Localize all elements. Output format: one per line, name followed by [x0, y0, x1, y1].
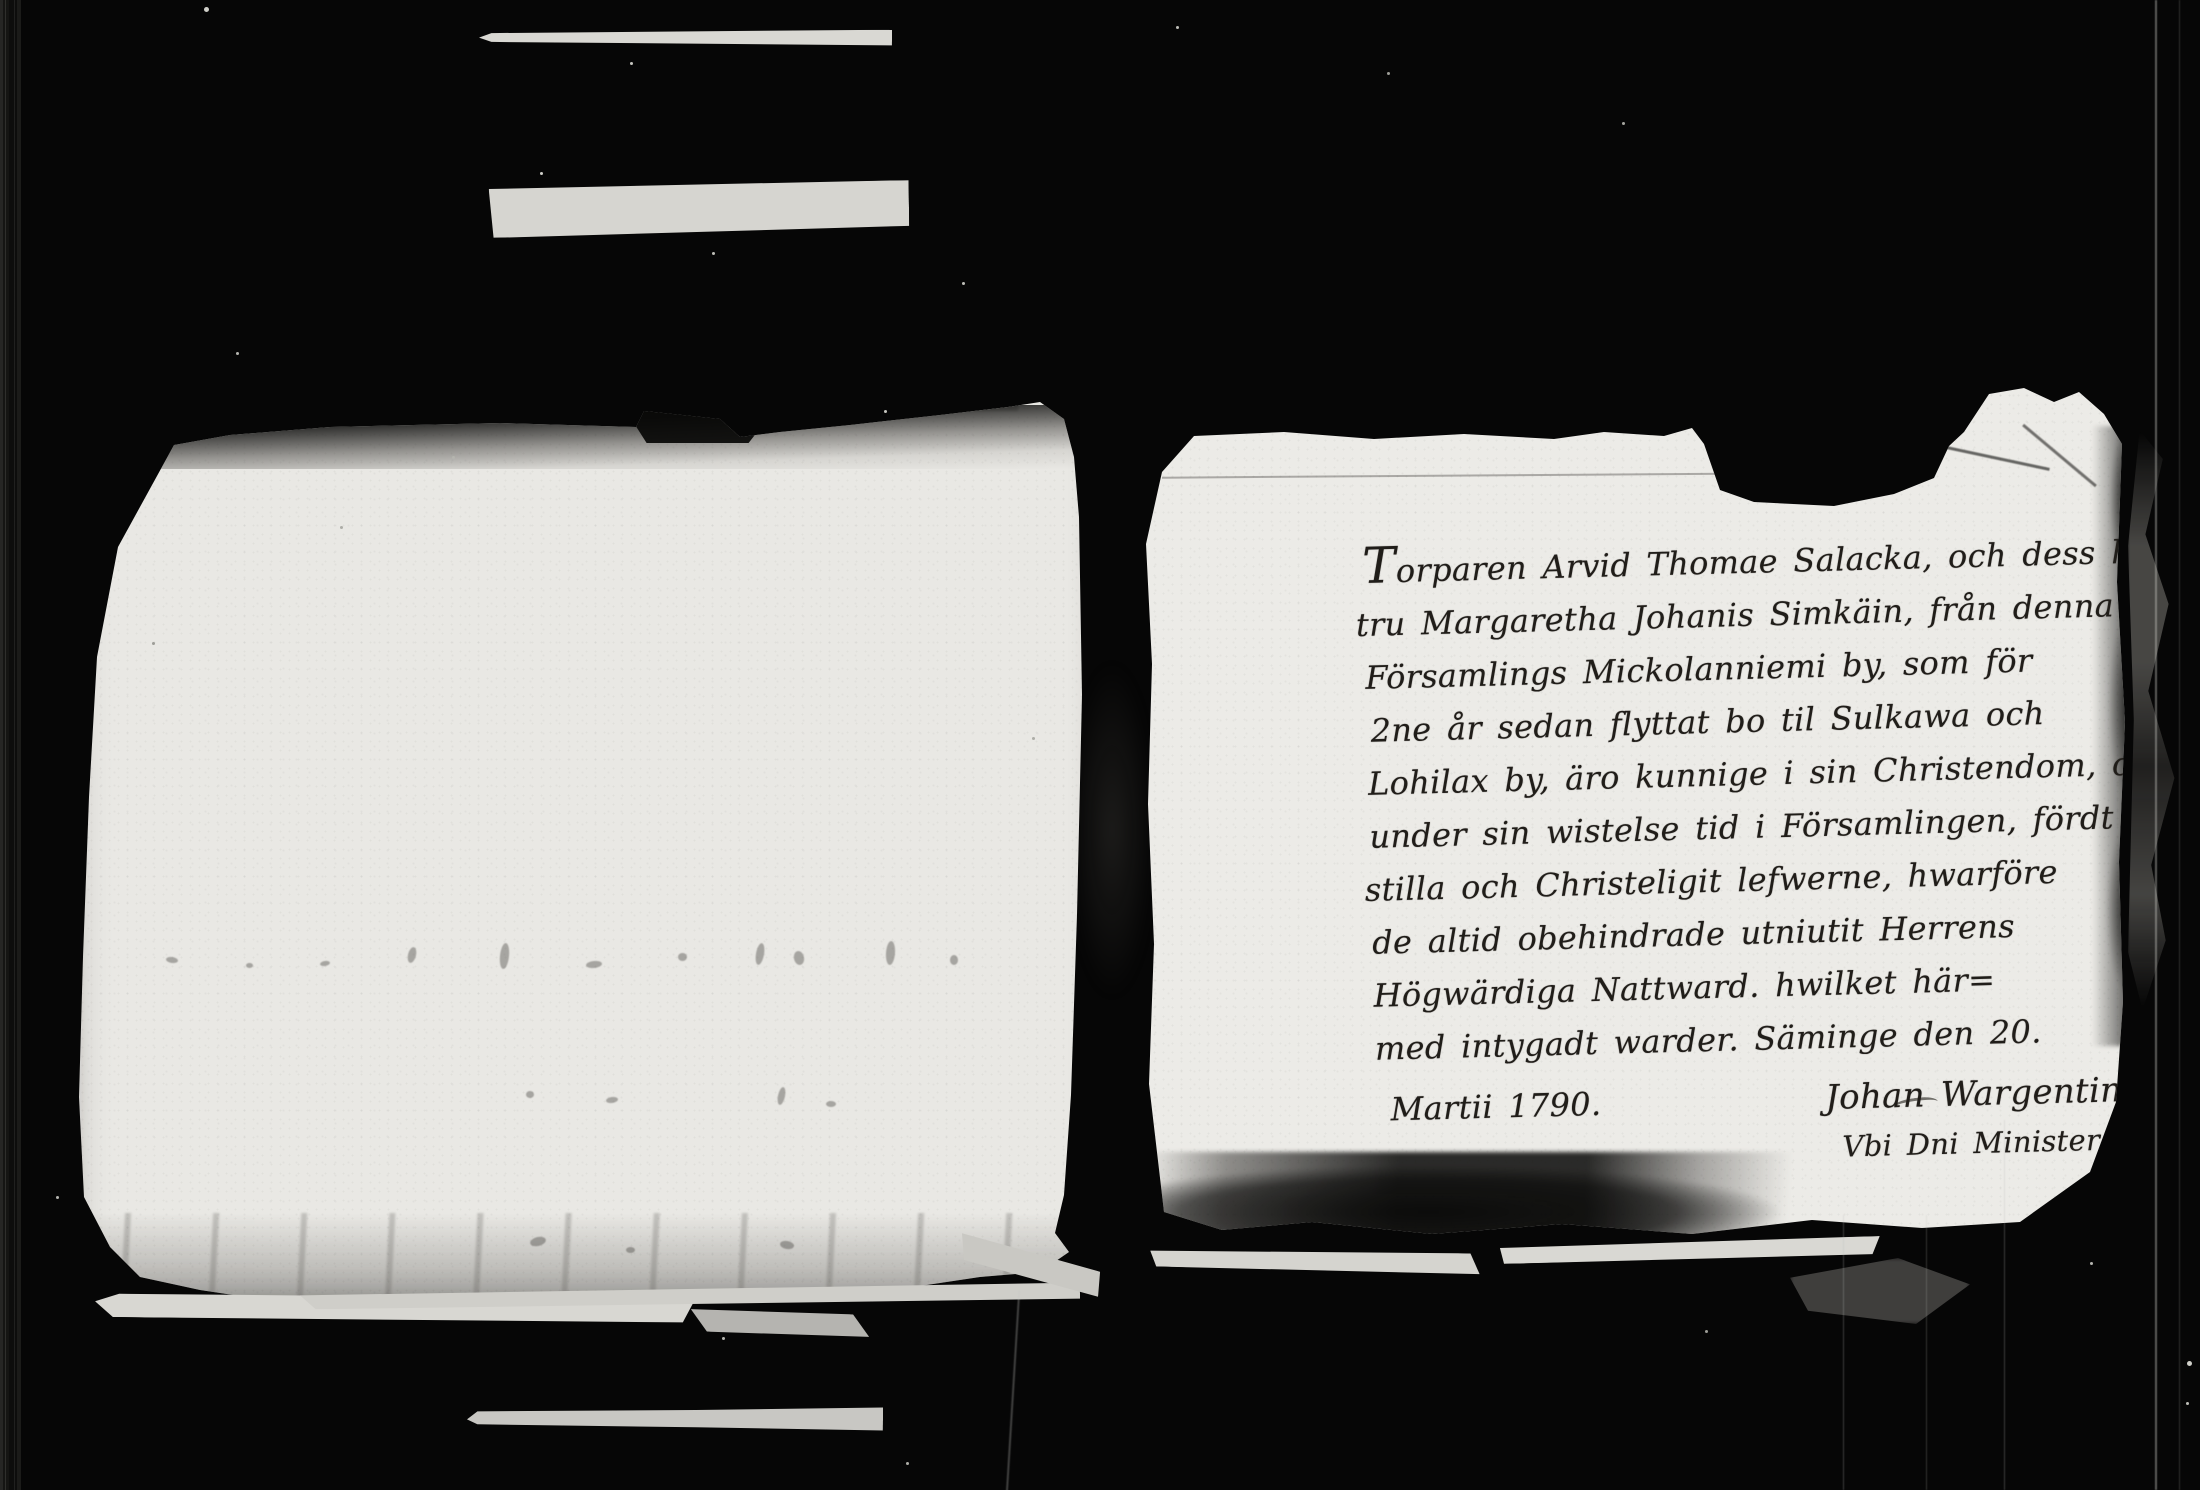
left-page-top-shadow: [78, 405, 1083, 469]
manuscript-text: Torparen Arvid Thomae Salacka, och dess …: [1362, 520, 2131, 1185]
page-scrap: [689, 1300, 871, 1346]
page-scrap: [1150, 1242, 1481, 1278]
film-splice-bar-bottom: [467, 1405, 883, 1432]
ink-ghost-mark: [776, 1086, 787, 1105]
ink-ghost-mark: [678, 953, 687, 961]
ink-ghost-mark: [885, 941, 896, 966]
film-scratch-line: [2004, 1120, 2005, 1490]
date-line: Martii 1790.: [1390, 1078, 1602, 1137]
torn-paper-fragment: [2128, 430, 2186, 1010]
right-page-corner-crease: [2022, 424, 2097, 487]
ink-ghost-mark: [826, 1101, 836, 1107]
ink-ghost-mark: [754, 942, 766, 965]
dust-specks: [0, 0, 3, 3]
right-page: Torparen Arvid Thomae Salacka, och dess …: [1132, 382, 2134, 1250]
ink-ghost-mark: [406, 946, 418, 963]
ink-ghost-mark: [499, 943, 511, 970]
right-page-top-crease: [1162, 471, 1932, 478]
film-scratch-line: [1843, 1215, 1844, 1490]
right-page-bottom-wrinkles: [1132, 1152, 1912, 1252]
ink-ghost-mark: [950, 955, 958, 965]
ink-ghost-mark: [526, 1091, 534, 1098]
right-page-corner-crease: [1824, 420, 2050, 471]
page-scrap: [1790, 1258, 1970, 1324]
film-scratch-line: [1006, 1290, 1021, 1490]
ink-ghost-mark: [246, 963, 253, 968]
film-scratch-line: [2155, 0, 2157, 1490]
ink-ghost-mark: [793, 950, 806, 966]
microfilm-scan-frame: Torparen Arvid Thomae Salacka, och dess …: [0, 0, 2200, 1490]
ink-ghost-mark: [166, 956, 179, 964]
ink-ghost-mark: [320, 960, 331, 967]
page-scrap: [1500, 1236, 1880, 1264]
film-splice-bar-top-thin: [479, 28, 892, 46]
left-page-torn-rim: [138, 397, 1018, 411]
ink-ghost-mark: [606, 1096, 619, 1104]
film-edge-strip: [0, 0, 24, 1490]
ink-ghost-mark: [586, 960, 603, 969]
left-page: [78, 395, 1083, 1313]
film-scratch-line: [1926, 1215, 1927, 1490]
film-scratch-line: [2179, 0, 2180, 1490]
film-splice-bar-top-thick: [489, 180, 910, 238]
